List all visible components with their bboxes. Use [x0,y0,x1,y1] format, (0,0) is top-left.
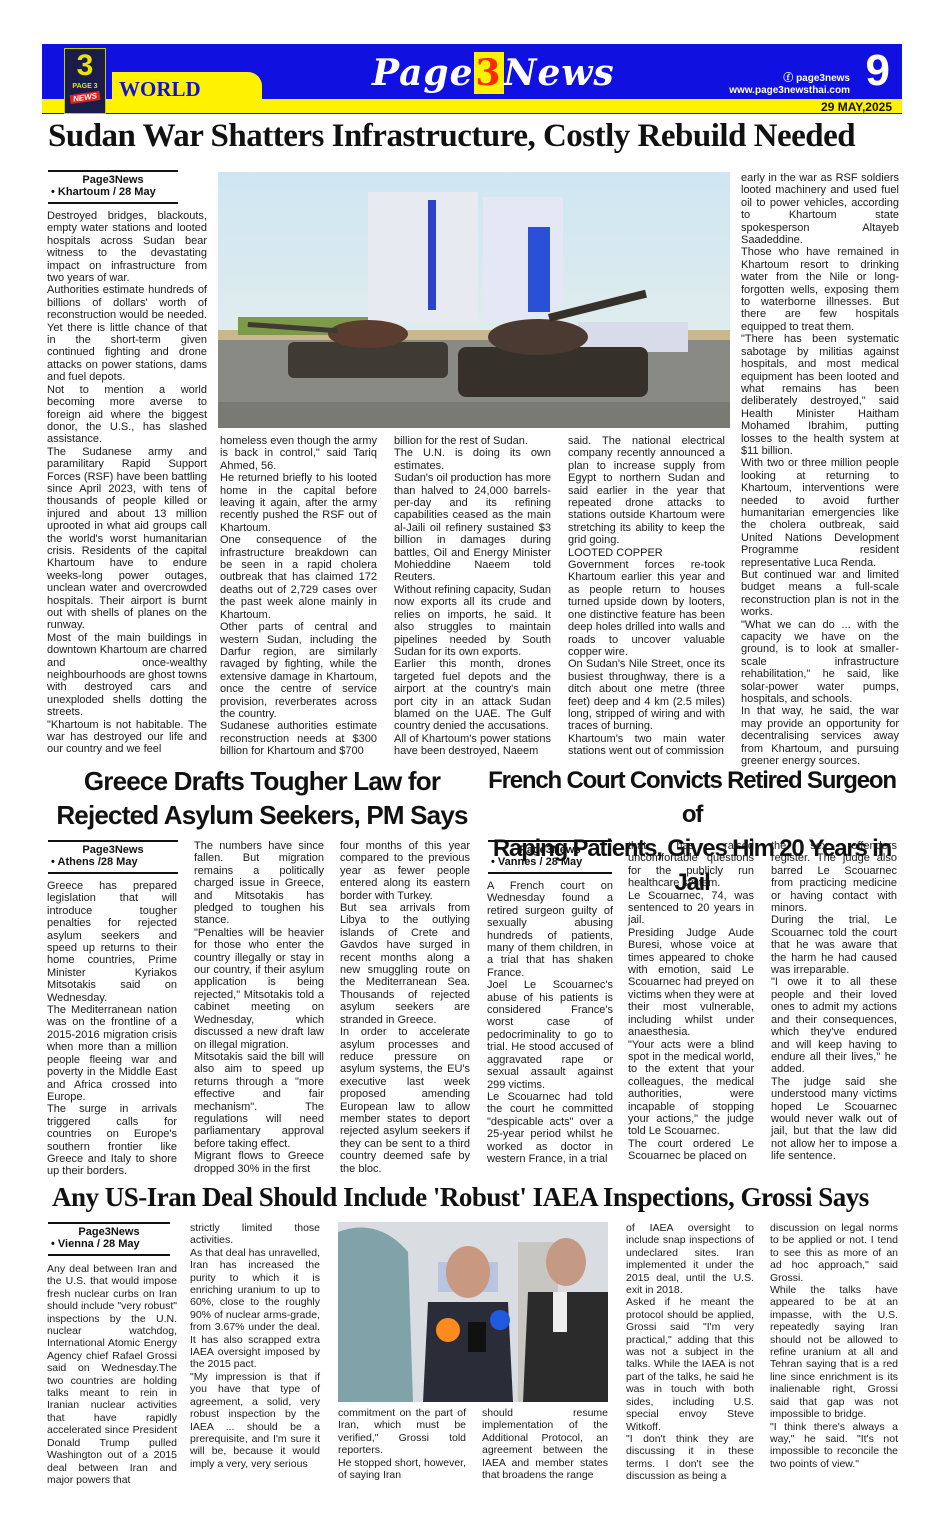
paragraph: On Sudan's Nile Street, once its busiest… [568,658,725,732]
paragraph: He returned briefly to his looted home i… [220,472,377,534]
paragraph: discussion on legal norms to be applied … [770,1222,898,1284]
paragraph: The surge in arrivals triggered calls fo… [47,1103,177,1177]
paragraph: A French court on Wednesday found a reti… [487,880,613,979]
sudan-column-3: billion for the rest of Sudan. The U.N. … [394,435,551,758]
paragraph: Those who have remained in Khartoum reso… [741,246,899,333]
greece-column-1: Greece has prepared legislation that wil… [47,880,177,1178]
paragraph: Sudanese authorities estimate reconstruc… [220,720,377,757]
logo-news-label: NEWS [70,91,101,104]
paragraph: Mitsotakis said the bill will also aim t… [194,1051,324,1150]
paragraph: Earlier this month, drones targeted fuel… [394,658,551,732]
paragraph: Authorities estimate hundreds of billion… [47,284,207,383]
dateline-location: • Vienna / 28 May [48,1238,170,1250]
paragraph: Sudan's oil production has more than hal… [394,472,551,584]
paragraph: "What we can do ... with the capacity we… [741,619,899,706]
paragraph: Not to mention a world becoming more ave… [47,384,207,446]
iran-dateline: Page3News • Vienna / 28 May [48,1222,170,1256]
brand-wordmark: Page3News [372,52,615,94]
paragraph: "Khartoum is not habitable. The war has … [47,719,207,756]
press-photo-illustration [338,1222,608,1402]
paragraph: Greece has prepared legislation that wil… [47,880,177,1004]
dateline-source: Page3News [48,844,178,856]
paragraph: "I owe it to all these people and their … [771,976,897,1075]
iran-photo [338,1222,608,1402]
dateline-location: • Khartoum / 28 May [48,186,178,198]
iran-column-6: discussion on legal norms to be applied … [770,1222,898,1470]
paragraph: "My impression is that if you have that … [190,1371,320,1470]
paragraph: Without refining capacity, Sudan now exp… [394,584,551,658]
dateline-source: Page3News [488,844,612,856]
brand-right: News [504,52,615,94]
greece-column-2: The numbers have since fallen. But migra… [194,840,324,1175]
paragraph: One consequence of the infrastructure br… [220,534,377,621]
paragraph: homeless even though the army is back in… [220,435,377,472]
iran-headline: Any US-Iran Deal Should Include 'Robust'… [52,1182,869,1213]
dateline-source: Page3News [48,174,178,186]
sudan-column-1: Destroyed bridges, blackouts, empty wate… [47,210,207,756]
paragraph: commitment on the part of Iran, which mu… [338,1407,466,1457]
masthead: 3 PAGE 3 NEWS WORLD Page3News ⓕ page3new… [42,44,902,114]
section-label: WORLD [119,77,201,102]
paragraph: In order to accelerate asylum processes … [340,1026,470,1175]
paragraph: Le Scouarnec, 74, was sentenced to 20 ye… [628,890,754,927]
paragraph: "Your acts were a blind spot in the medi… [628,1039,754,1138]
paragraph: The Sudanese army and paramilitary Rapid… [47,446,207,632]
paragraph: But continued war and limited budget mea… [741,569,899,619]
paragraph: Most of the main buildings in downtown K… [47,632,207,719]
sudan-photo [218,172,730,428]
issue-date: 29 MAY,2025 [821,100,892,114]
paragraph: of IAEA oversight to include snap inspec… [626,1222,754,1296]
paragraph: As that deal has unravelled, Iran has in… [190,1247,320,1371]
paragraph: But sea arrivals from Libya to the outly… [340,902,470,1026]
paragraph: The judge said she understood many victi… [771,1076,897,1163]
paragraph: the sex offenders register. The judge al… [771,840,897,914]
paragraph: four months of this year compared to the… [340,840,470,902]
france-column-1: A French court on Wednesday found a reti… [487,880,613,1165]
tanks-photo-illustration [218,172,730,428]
paragraph: "I don't think they are discussing it in… [626,1433,754,1483]
page-number: 9 [866,46,890,96]
subheading: LOOTED COPPER [568,547,725,559]
paragraph: said. The national electrical company re… [568,435,725,547]
paragraph: Government forces re-took Khartoum earli… [568,559,725,658]
headline-line: Rejected Asylum Seekers, PM Says [42,798,482,832]
sudan-headline: Sudan War Shatters Infrastructure, Costl… [48,118,855,155]
paragraph: early in the war as RSF soldiers looted … [741,172,899,246]
sudan-column-5: early in the war as RSF soldiers looted … [741,172,899,768]
paragraph: strictly limited those activities. [190,1222,320,1247]
brand-three: 3 [474,52,504,94]
paragraph: The numbers have since fallen. But migra… [194,840,324,927]
dateline-location: • Vannes / 28 May [488,856,612,868]
france-column-2: that has raised uncomfortable questions … [628,840,754,1163]
paragraph: Migrant flows to Greece dropped 30% in t… [194,1150,324,1175]
paragraph: Le Scouarnec had told the court he commi… [487,1091,613,1165]
website-link[interactable]: www.page3newsthai.com [729,85,850,96]
paragraph: Asked if he meant the protocol should be… [626,1296,754,1432]
paragraph: billion for the rest of Sudan. [394,435,551,447]
paragraph: In that way, he said, the war may provid… [741,705,899,767]
greece-dateline: Page3News • Athens /28 May [48,840,178,874]
paragraph: "There has been systematic sabotage by m… [741,333,899,457]
france-column-3: the sex offenders register. The judge al… [771,840,897,1163]
iran-column-3: commitment on the part of Iran, which mu… [338,1407,466,1481]
paragraph: Presiding Judge Aude Buresi, whose voice… [628,927,754,1039]
iran-column-5: of IAEA oversight to include snap inspec… [626,1222,754,1483]
paragraph: should resume implementation of the Addi… [482,1407,608,1481]
iran-column-4: should resume implementation of the Addi… [482,1407,608,1481]
paragraph: "I think there's always a way," he said.… [770,1421,898,1471]
logo-page-label: PAGE 3 [72,83,97,90]
france-dateline: Page3News • Vannes / 28 May [488,840,612,874]
facebook-handle[interactable]: ⓕ page3news [783,69,850,84]
brand-left: Page [372,52,474,94]
paragraph: Joel Le Scouarnec's abuse of his patient… [487,979,613,1091]
page3-logo: 3 PAGE 3 NEWS [64,48,106,114]
paragraph: Khartoum's two main water stations went … [568,733,725,758]
greece-column-3: four months of this year compared to the… [340,840,470,1175]
paragraph: The court ordered Le Scouarnec be placed… [628,1138,754,1163]
paragraph: With two or three million people looking… [741,457,899,569]
paragraph: The U.N. is doing its own estimates. [394,447,551,472]
paragraph: "Penalties will be heavier for those who… [194,927,324,1051]
paragraph: The Mediterranean nation was on the fron… [47,1004,177,1103]
iran-column-2: strictly limited those activities. As th… [190,1222,320,1470]
paragraph: Other parts of central and western Sudan… [220,621,377,720]
paragraph: All of Khartoum's power stations have be… [394,733,551,758]
headline-line: French Court Convicts Retired Surgeon of [482,764,902,832]
dateline-source: Page3News [48,1226,170,1238]
paragraph: During the trial, Le Scouarnec told the … [771,914,897,976]
headline-line: Greece Drafts Tougher Law for [42,764,482,798]
newspaper-page: 3 PAGE 3 NEWS WORLD Page3News ⓕ page3new… [42,44,902,1504]
logo-number: 3 [77,51,94,81]
greece-headline: Greece Drafts Tougher Law for Rejected A… [42,764,482,832]
dateline-location: • Athens /28 May [48,856,178,868]
sudan-column-4: said. The national electrical company re… [568,435,725,758]
sudan-dateline: Page3News • Khartoum / 28 May [48,170,178,204]
paragraph: that has raised uncomfortable questions … [628,840,754,890]
paragraph: He stopped short, however, of saying Ira… [338,1457,466,1482]
sudan-column-2: homeless even though the army is back in… [220,435,377,758]
iran-column-1: Any deal between Iran and the U.S. that … [47,1263,177,1486]
paragraph: Any deal between Iran and the U.S. that … [47,1263,177,1486]
paragraph: While the talks have appeared to be at a… [770,1284,898,1420]
paragraph: Destroyed bridges, blackouts, empty wate… [47,210,207,284]
